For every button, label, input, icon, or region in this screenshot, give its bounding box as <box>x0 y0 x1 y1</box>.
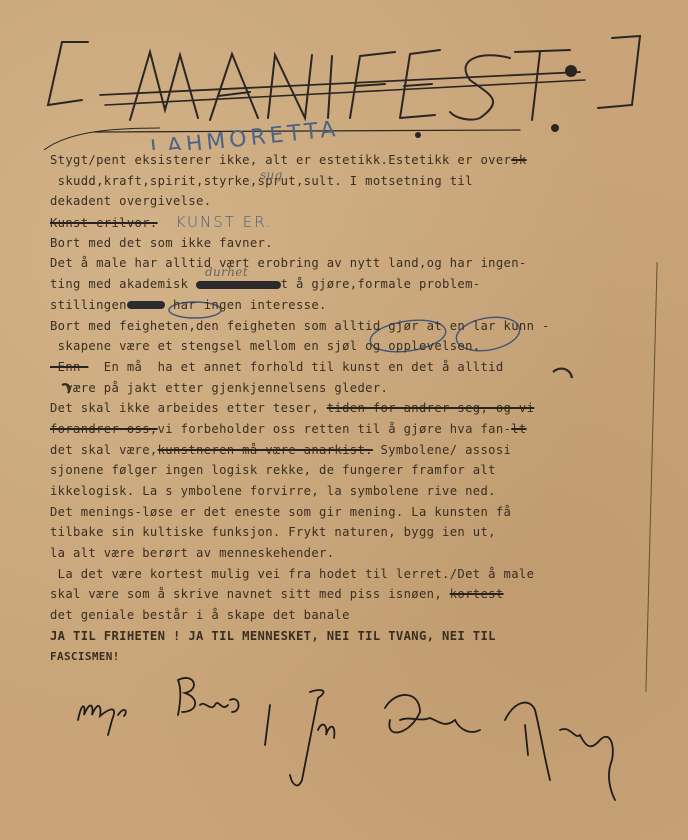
text-line: være på jakt etter gjenkjennelsens glede… <box>50 378 650 399</box>
text-line: La det være kortest mulig vei fra hodet … <box>50 564 650 585</box>
handwritten-title: LAHMORETTA <box>0 0 688 150</box>
text-line: stillingenmange har ingen interesse. <box>50 295 650 316</box>
text-line: dekadent overgivelse. <box>50 191 650 212</box>
text-line: forandrer oss,vi forbeholder oss retten … <box>50 419 650 440</box>
text-line: det skal være,kunstneren må være anarkis… <box>50 440 650 461</box>
text-line: Det menings-løse er det eneste som gir m… <box>50 502 650 523</box>
text-line: skapene være et stengsel mellom en sjøl … <box>50 336 650 357</box>
text-line: sjonene følger ingen logisk rekke, de fu… <box>50 460 650 481</box>
text-line: Bort med feigheten,den feigheten som all… <box>50 316 650 337</box>
typed-text: Stygt/pent eksisterer ikke, alt er estet… <box>50 150 650 667</box>
text-line: ting med akademisk skolefinhett å gjøre,… <box>50 274 650 295</box>
text-line: tilbake sin kultiske funksjon. Frykt nat… <box>50 522 650 543</box>
text-line: ikkelogisk. La s ymbolene forvirre, la s… <box>50 481 650 502</box>
text-line: Stygt/pent eksisterer ikke, alt er estet… <box>50 150 650 171</box>
text-line: Bort med det som ikke favner. <box>50 233 650 254</box>
text-line: Det skal ikke arbeides etter teser, tide… <box>50 398 650 419</box>
text-line: Kunst erilvor.KUNST ER. <box>50 212 650 233</box>
text-line: JA TIL FRIHETEN ! JA TIL MENNESKET, NEI … <box>50 626 650 647</box>
text-line: Det å male har alltid vært erobring av n… <box>50 253 650 274</box>
text-line: skal være som å skrive navnet sitt med p… <box>50 584 650 605</box>
svg-text:LAHMORETTA: LAHMORETTA <box>149 117 340 150</box>
signatures <box>0 660 688 840</box>
manifesto-page: LAHMORETTA Stygt/pent eksisterer ikke, a… <box>0 0 688 840</box>
text-line: la alt være berørt av menneskehender. <box>50 543 650 564</box>
text-line: -Enn- En må ha et annet forhold til kuns… <box>50 357 650 378</box>
text-line: skudd,kraft,spirit,styrke,sprut,sult. I … <box>50 171 650 192</box>
text-line: det geniale består i å skape det banale <box>50 605 650 626</box>
